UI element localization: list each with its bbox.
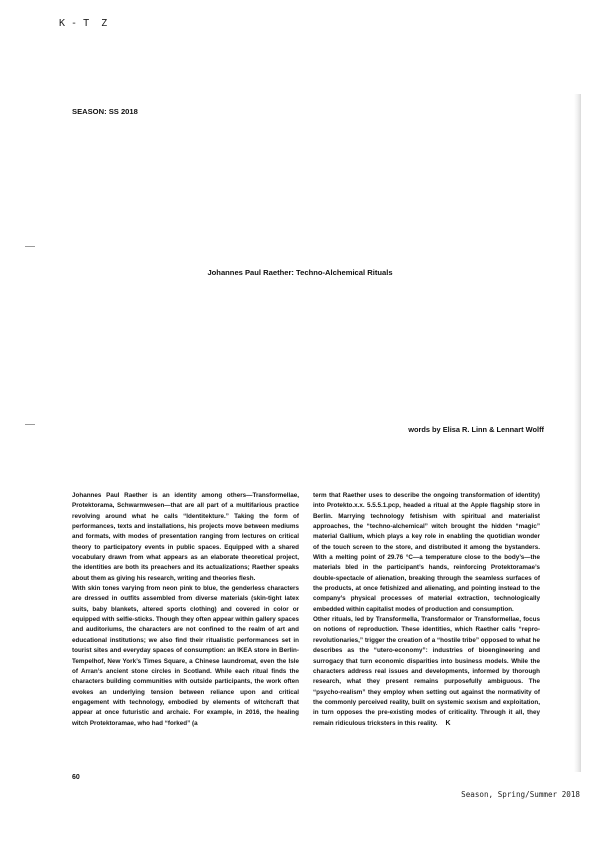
end-mark-icon: K [445, 719, 450, 729]
margin-dash-marker [25, 246, 35, 247]
body-paragraph: Other rituals, led by Transformella, Tra… [313, 615, 540, 729]
body-paragraph: term that Raether uses to describe the o… [313, 491, 540, 615]
issue-label: Season, Spring/Summer 2018 [461, 790, 580, 799]
margin-dash-marker [25, 424, 35, 425]
article-byline: words by Elisa R. Linn & Lennart Wolff [408, 425, 544, 434]
magazine-logo: K - T Z [59, 18, 107, 29]
text-column-right: term that Raether uses to describe the o… [313, 491, 540, 729]
body-paragraph: With skin tones varying from neon pink t… [72, 584, 299, 729]
body-paragraph: Johannes Paul Raether is an identity amo… [72, 491, 299, 584]
page-edge-shadow [574, 94, 581, 772]
body-paragraph-text: Other rituals, led by Transformella, Tra… [313, 616, 540, 726]
article-title: Johannes Paul Raether: Techno-Alchemical… [0, 268, 600, 277]
page-number: 60 [72, 774, 80, 781]
season-label: SEASON: SS 2018 [72, 107, 138, 116]
text-column-left: Johannes Paul Raether is an identity amo… [72, 491, 299, 729]
